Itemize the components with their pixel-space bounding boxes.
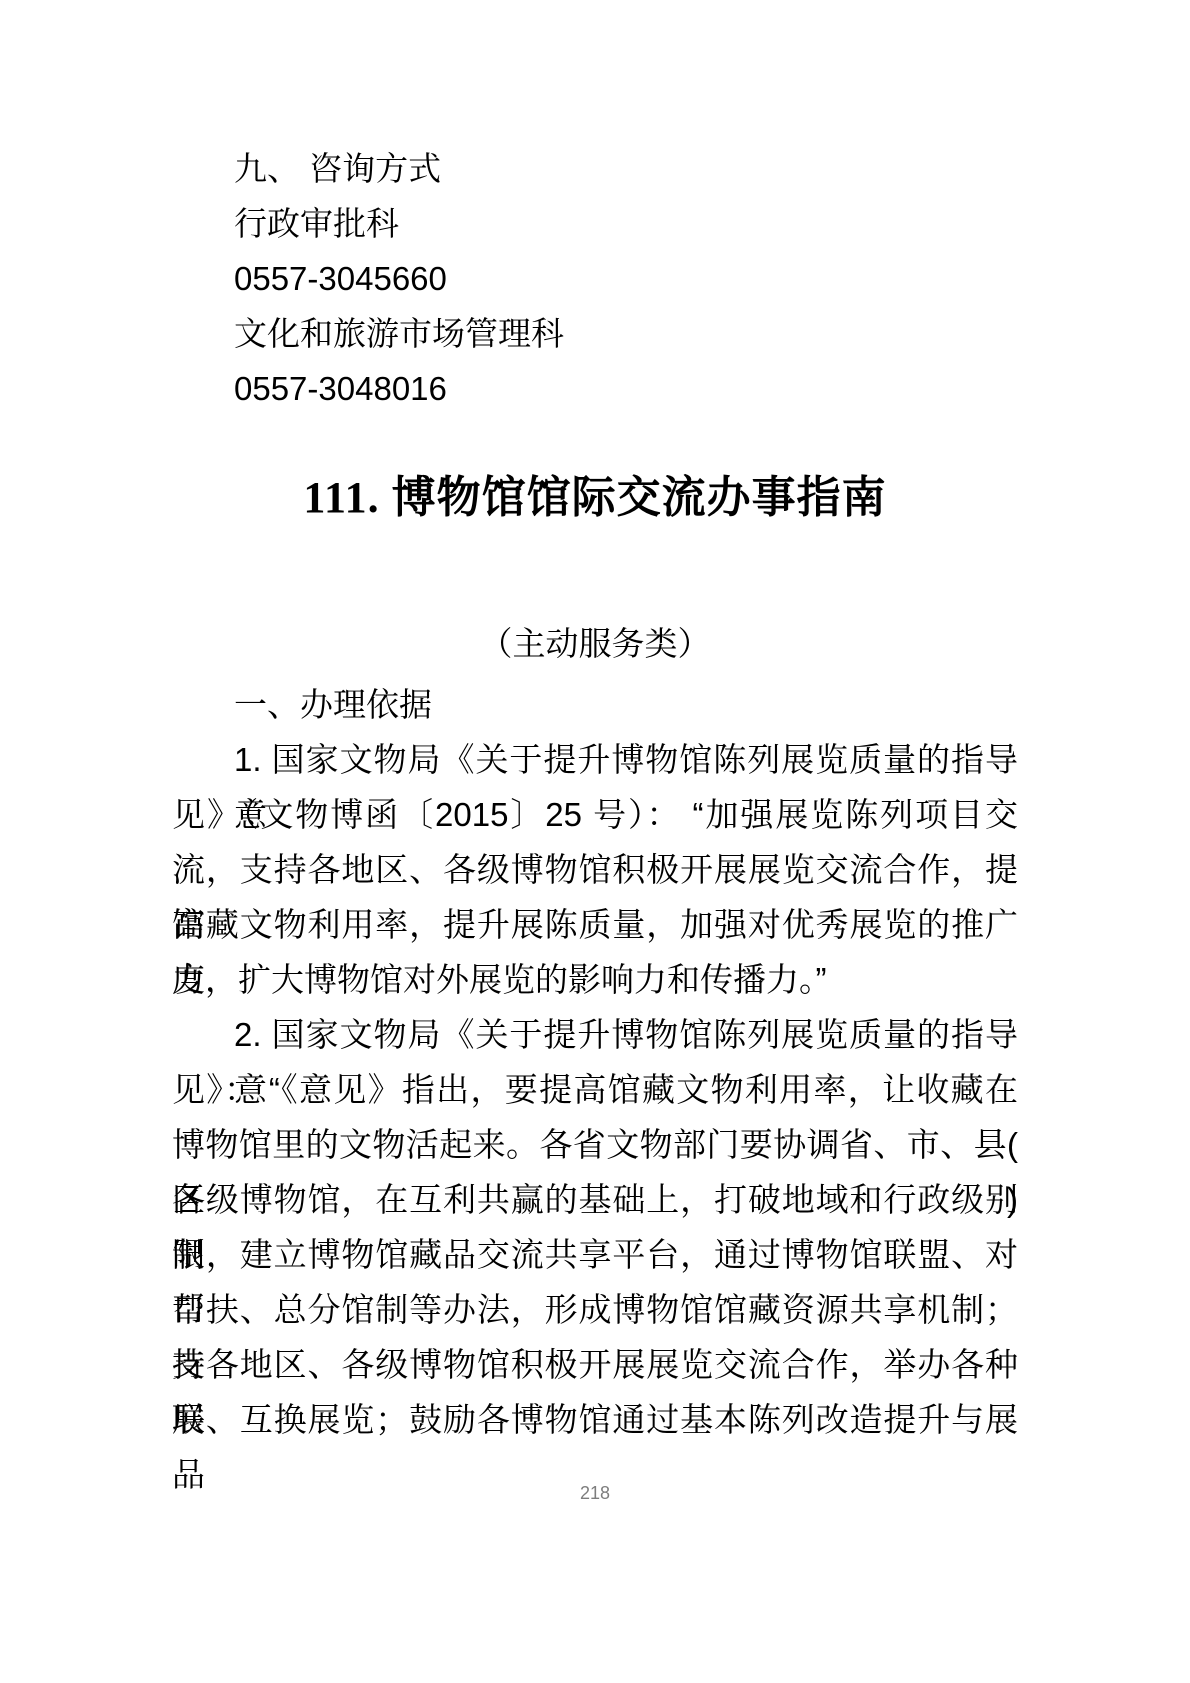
- body-line: 流，支持各地区、各级博物馆积极开展展览交流合作，提高: [172, 842, 1018, 897]
- document-content: 九、 咨询方式 行政审批科 0557-3045660 文化和旅游市场管理科 05…: [0, 0, 1190, 1447]
- paragraph-2: 2. 国家文物局《关于提升博物馆陈列展览质量的指导意 见》： “《意见》指出，要…: [172, 1007, 1018, 1447]
- body-line: 博物馆里的文物活起来。各省文物部门要协调省、市、县( 区 ): [172, 1117, 1018, 1172]
- page-title: 111. 博物馆馆际交流办事指南: [172, 468, 1018, 528]
- body-line: 持各地区、各级博物馆积极开展展览交流合作，举办各种联: [172, 1337, 1018, 1392]
- body-line: 展、互换展览；鼓励各博物馆通过基本陈列改造提升与展品: [172, 1392, 1018, 1447]
- body-line: 各级博物馆，在互利共赢的基础上，打破地域和行政级别限: [172, 1172, 1018, 1227]
- body-line: 馆藏文物利用率，提升展陈质量，加强对优秀展览的推广力: [172, 897, 1018, 952]
- body-line: 见》： “《意见》指出，要提高馆藏文物利用率，让收藏在: [172, 1062, 1018, 1117]
- document-page: 九、 咨询方式 行政审批科 0557-3045660 文化和旅游市场管理科 05…: [0, 0, 1190, 1683]
- contact-section-heading: 九、 咨询方式: [172, 141, 1018, 196]
- section-heading-basis: 一、办理依据: [172, 677, 1018, 732]
- contact-department-2: 文化和旅游市场管理科: [172, 306, 1018, 361]
- contact-phone-1: 0557-3045660: [172, 251, 1018, 306]
- body-line: 见》（文物博函〔2015〕25 号）： “加强展览陈列项目交: [172, 787, 1018, 842]
- contact-department-1: 行政审批科: [172, 196, 1018, 251]
- body-line: 1. 国家文物局《关于提升博物馆陈列展览质量的指导意: [172, 732, 1018, 787]
- page-number: 218: [0, 1482, 1190, 1504]
- guide-subtitle: （主动服务类）: [172, 616, 1018, 671]
- body-line: 度，扩大博物馆对外展览的影响力和传播力。”: [172, 952, 1018, 1007]
- body-line: 制，建立博物馆藏品交流共享平台，通过博物馆联盟、对口: [172, 1227, 1018, 1282]
- contact-phone-2: 0557-3048016: [172, 361, 1018, 416]
- paragraph-1: 1. 国家文物局《关于提升博物馆陈列展览质量的指导意 见》（文物博函〔2015〕…: [172, 732, 1018, 1007]
- body-line: 2. 国家文物局《关于提升博物馆陈列展览质量的指导意: [172, 1007, 1018, 1062]
- body-line: 帮扶、总分馆制等办法，形成博物馆馆藏资源共享机制；支: [172, 1282, 1018, 1337]
